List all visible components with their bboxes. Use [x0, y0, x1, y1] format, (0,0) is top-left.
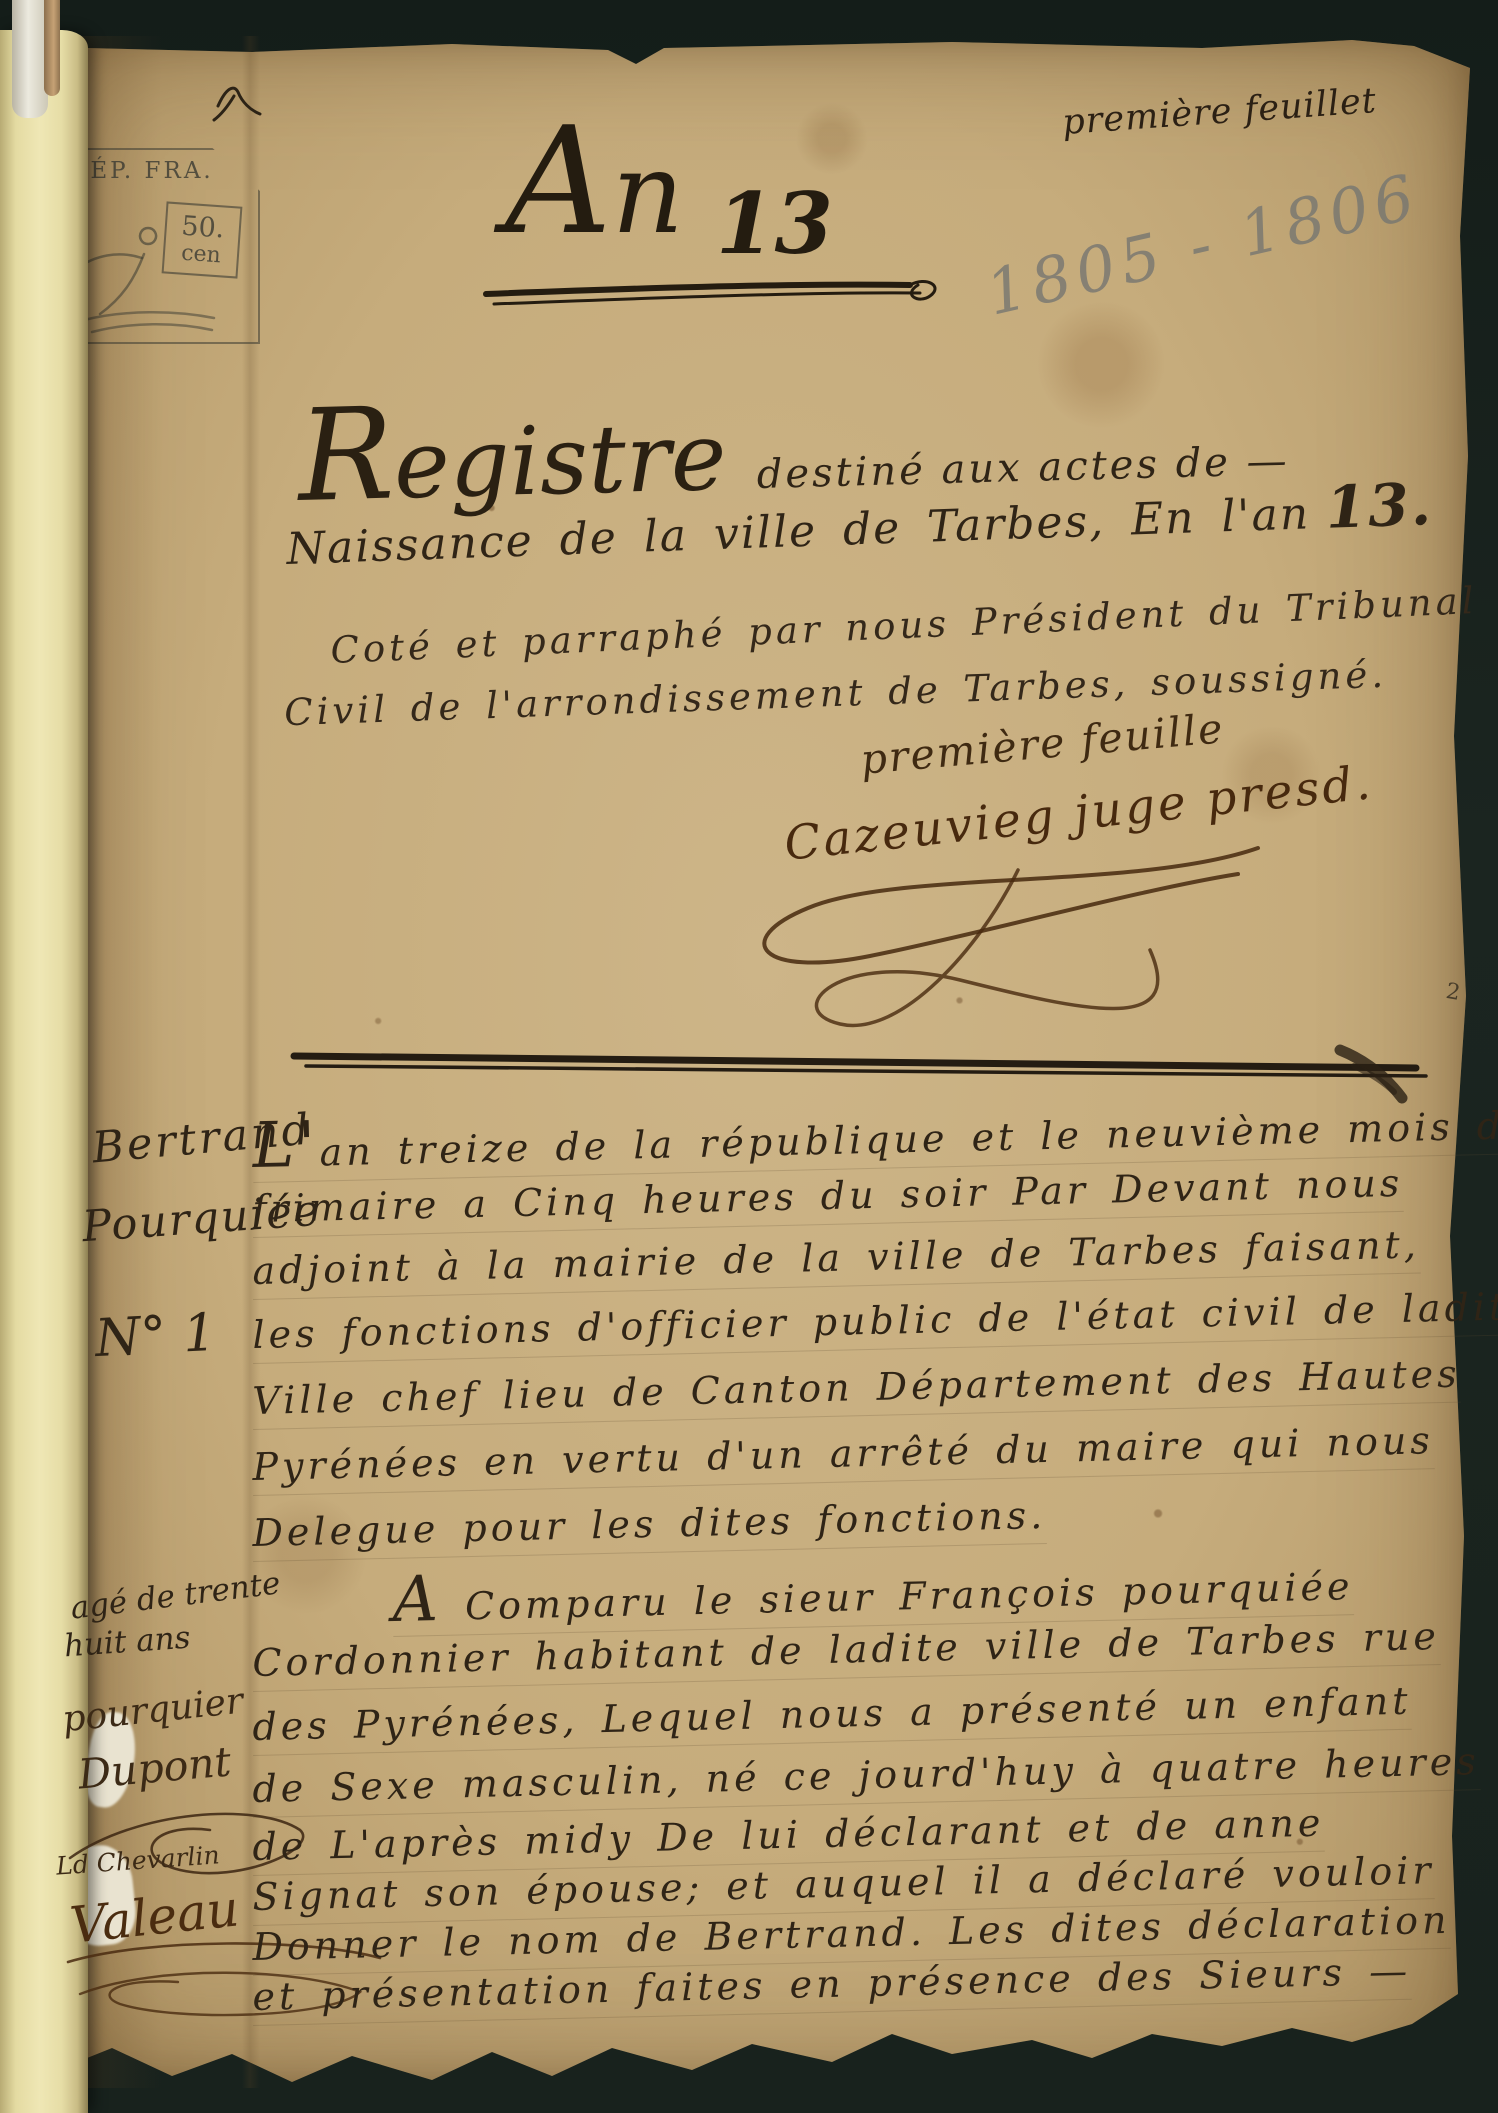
page-fold-edge: [44, 0, 60, 96]
ink-mark: [204, 76, 268, 124]
stamp-header-text: RÉP. FRA.: [70, 158, 214, 184]
title-underline-flourish: [478, 276, 958, 320]
register-heading-year: 13.: [1325, 470, 1434, 542]
margin-act-number: N° 1: [94, 1303, 218, 1369]
stamp-value: 50.: [180, 213, 225, 244]
stamp-unit: cen: [180, 241, 221, 267]
title-word: An: [505, 108, 684, 256]
archive-scan: RÉP. FRA. 50. cen première feuillet 1805…: [0, 0, 1498, 2113]
stamp-value-box: 50. cen: [162, 201, 243, 278]
page-fold-tab: [12, 0, 48, 118]
title-number: 13: [716, 182, 833, 266]
revenue-stamp: RÉP. FRA. 50. cen: [62, 148, 260, 344]
